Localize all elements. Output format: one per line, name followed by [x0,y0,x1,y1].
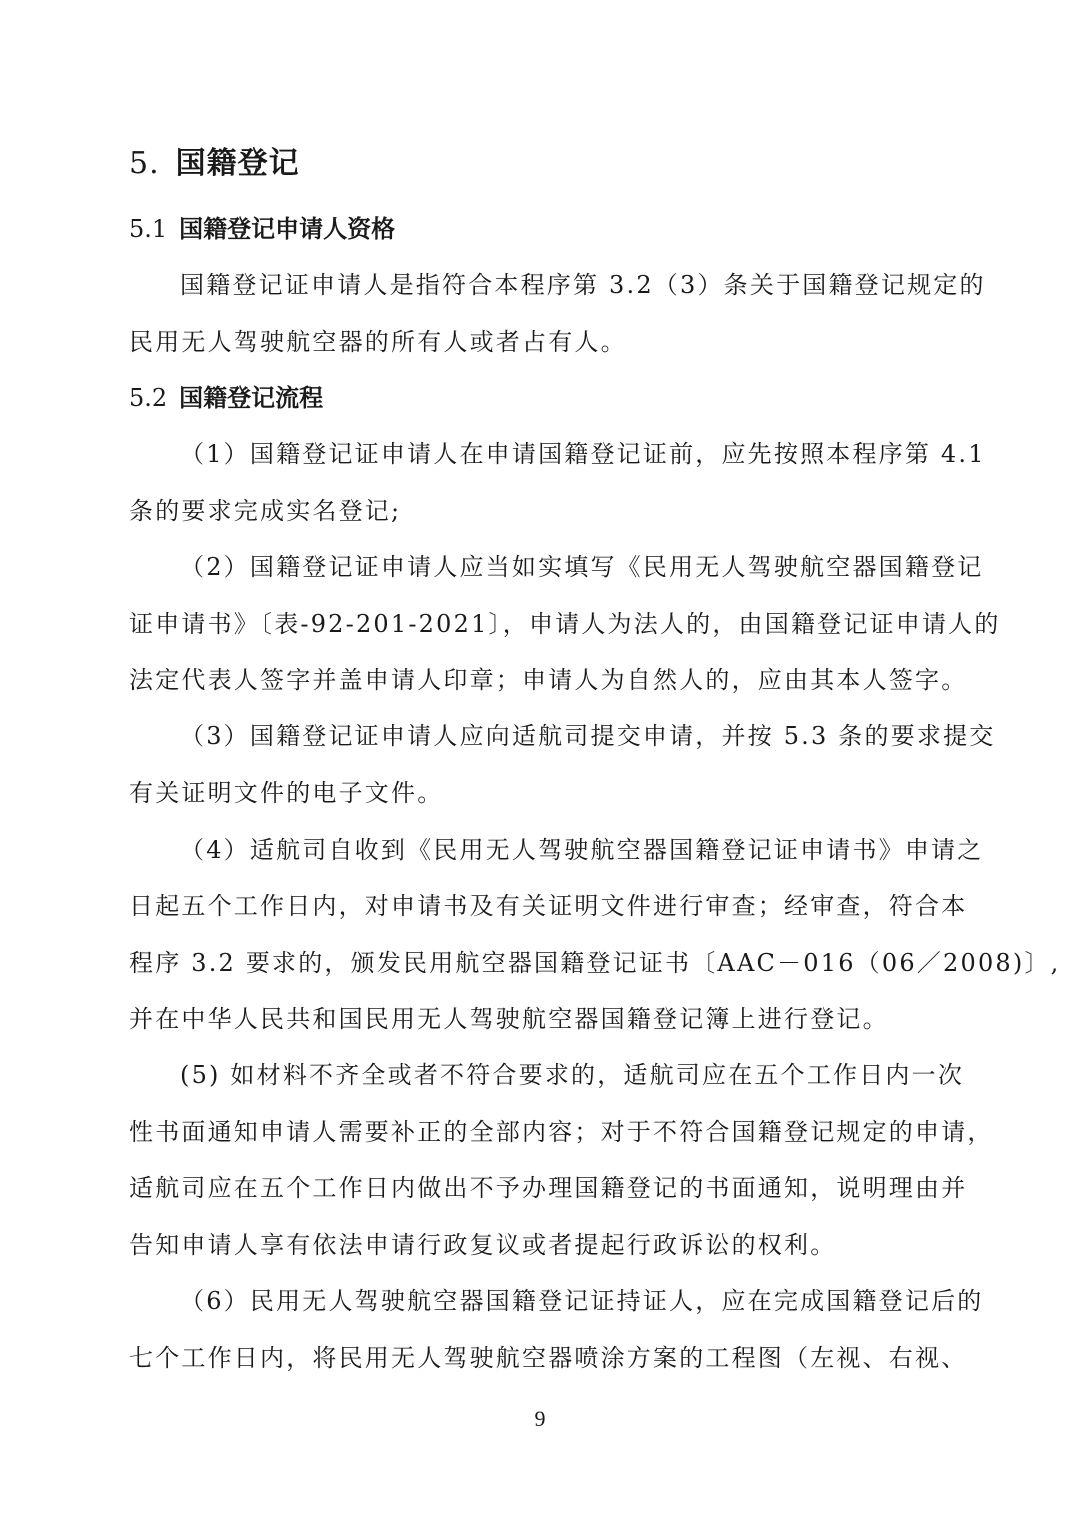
subsection-title: 国籍登记流程 [179,384,323,412]
section-number: 5. [129,146,160,181]
paragraph-line: 证申请书》〔表-92-201-2021〕，申请人为法人的，由国籍登记证申请人的 [129,607,951,641]
section-heading: 5.国籍登记 [129,142,300,186]
document-page: 5.国籍登记 5.1国籍登记申请人资格 国籍登记证申请人是指符合本程序第 3.2… [0,0,1080,1527]
paragraph-line: 程序 3.2 要求的，颁发民用航空器国籍登记证书〔AAC－016（06／2008… [129,946,951,980]
paragraph-line: 有关证明文件的电子文件。 [129,776,951,810]
subsection-heading-5-2: 5.2国籍登记流程 [129,381,323,415]
page-number: 9 [0,1404,1080,1434]
paragraph-line: （6）民用无人驾驶航空器国籍登记证持证人，应在完成国籍登记后的 [180,1284,951,1318]
paragraph-line: 适航司应在五个工作日内做出不予办理国籍登记的书面通知，说明理由并 [129,1171,951,1205]
subsection-number: 5.1 [129,215,167,243]
section-title: 国籍登记 [176,146,300,181]
paragraph-line: （3）国籍登记证申请人应向适航司提交申请，并按 5.3 条的要求提交 [180,719,951,753]
paragraph-line: 告知申请人享有依法申请行政复议或者提起行政诉讼的权利。 [129,1228,951,1262]
paragraph-line: 民用无人驾驶航空器的所有人或者占有人。 [129,325,951,359]
paragraph-line: 日起五个工作日内，对申请书及有关证明文件进行审查；经审查，符合本 [129,889,951,923]
paragraph-line: 并在中华人民共和国民用无人驾驶航空器国籍登记簿上进行登记。 [129,1002,951,1036]
paragraph-line: 国籍登记证申请人是指符合本程序第 3.2（3）条关于国籍登记规定的 [180,268,951,302]
paragraph-line: （2）国籍登记证申请人应当如实填写《民用无人驾驶航空器国籍登记 [180,550,951,584]
paragraph-line: (5) 如材料不齐全或者不符合要求的，适航司应在五个工作日内一次 [180,1058,951,1092]
paragraph-line: 七个工作日内，将民用无人驾驶航空器喷涂方案的工程图（左视、右视、 [129,1341,951,1375]
subsection-heading-5-1: 5.1国籍登记申请人资格 [129,212,395,246]
paragraph-line: 条的要求完成实名登记; [129,494,951,528]
subsection-title: 国籍登记申请人资格 [179,215,395,243]
subsection-number: 5.2 [129,384,167,412]
paragraph-line: （1）国籍登记证申请人在申请国籍登记证前，应先按照本程序第 4.1 [180,437,951,471]
paragraph-line: 性书面通知申请人需要补正的全部内容；对于不符合国籍登记规定的申请， [129,1115,951,1149]
paragraph-line: （4）适航司自收到《民用无人驾驶航空器国籍登记证申请书》申请之 [180,833,951,867]
paragraph-line: 法定代表人签字并盖申请人印章；申请人为自然人的，应由其本人签字。 [129,663,951,697]
